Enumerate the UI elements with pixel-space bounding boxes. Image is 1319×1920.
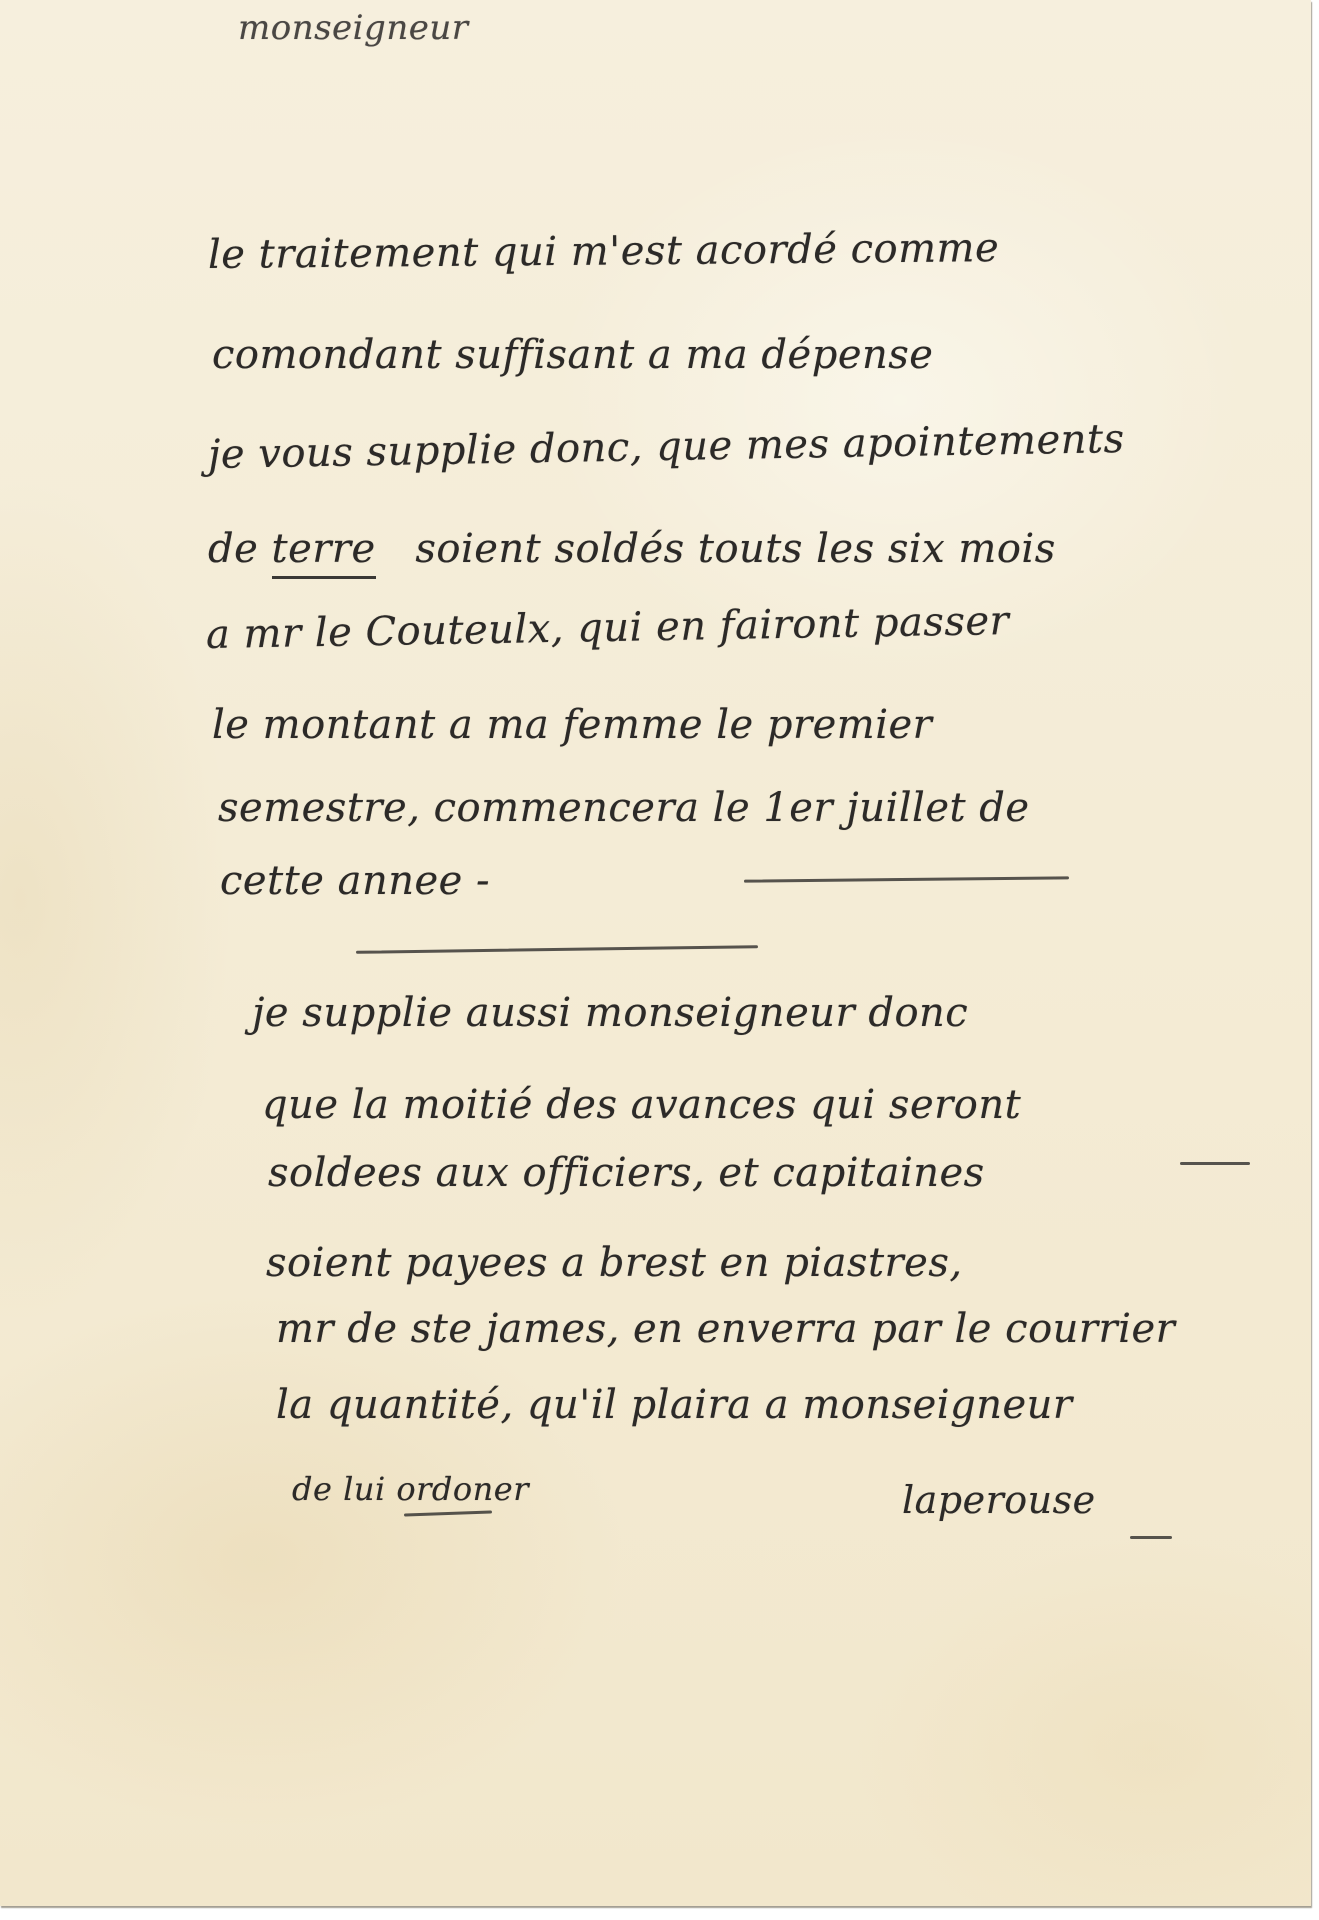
paragraph-2-line-6: la quantité, qu'il plaira a monseigneur	[276, 1382, 1073, 1428]
paragraph-2-line-2: que la moitié des avances qui seront	[262, 1082, 1021, 1128]
letter-page: monseigneur le traitement qui m'est acor…	[0, 0, 1311, 1906]
paragraph-1-line-1: le traitement qui m'est acordé comme	[208, 225, 1000, 278]
paragraph-1-line-3: je vous supplie donc, que mes apointemen…	[208, 416, 1125, 478]
paragraph-2-line-1: je supplie aussi monseigneur donc	[252, 990, 968, 1036]
section-divider-rule	[356, 945, 758, 954]
signature-flourish	[1130, 1536, 1172, 1539]
line-4-prefix: de	[208, 526, 258, 572]
paragraph-2-line-4: soient payees a brest en piastres,	[266, 1240, 963, 1286]
paragraph-1-line-5: a mr le Couteulx, qui en fairont passer	[206, 598, 1010, 658]
paragraph-1-line-6: le montant a ma femme le premier	[212, 702, 932, 748]
paragraph-1-line-4: de terre soient soldés touts les six moi…	[208, 526, 1056, 572]
line-4-text: soient soldés touts les six mois	[415, 526, 1055, 572]
closing-rule-1	[744, 876, 1069, 882]
paragraph-2-line-7: de lui ordoner	[292, 1470, 529, 1508]
margin-dash	[1180, 1162, 1250, 1165]
paragraph-1-line-8: cette annee -	[220, 858, 490, 904]
closing-rule-2	[404, 1510, 492, 1516]
paragraph-1-line-7: semestre, commencera le 1er juillet de	[218, 785, 1030, 831]
paragraph-2-line-3: soldees aux officiers, et capitaines	[268, 1150, 985, 1196]
signature: laperouse	[902, 1478, 1096, 1522]
underlined-word: terre	[272, 526, 376, 579]
paragraph-2-line-5: mr de ste james, en enverra par le courr…	[276, 1306, 1175, 1352]
salutation: monseigneur	[238, 8, 468, 48]
paragraph-1-line-2: comondant suffisant a ma dépense	[212, 332, 933, 378]
